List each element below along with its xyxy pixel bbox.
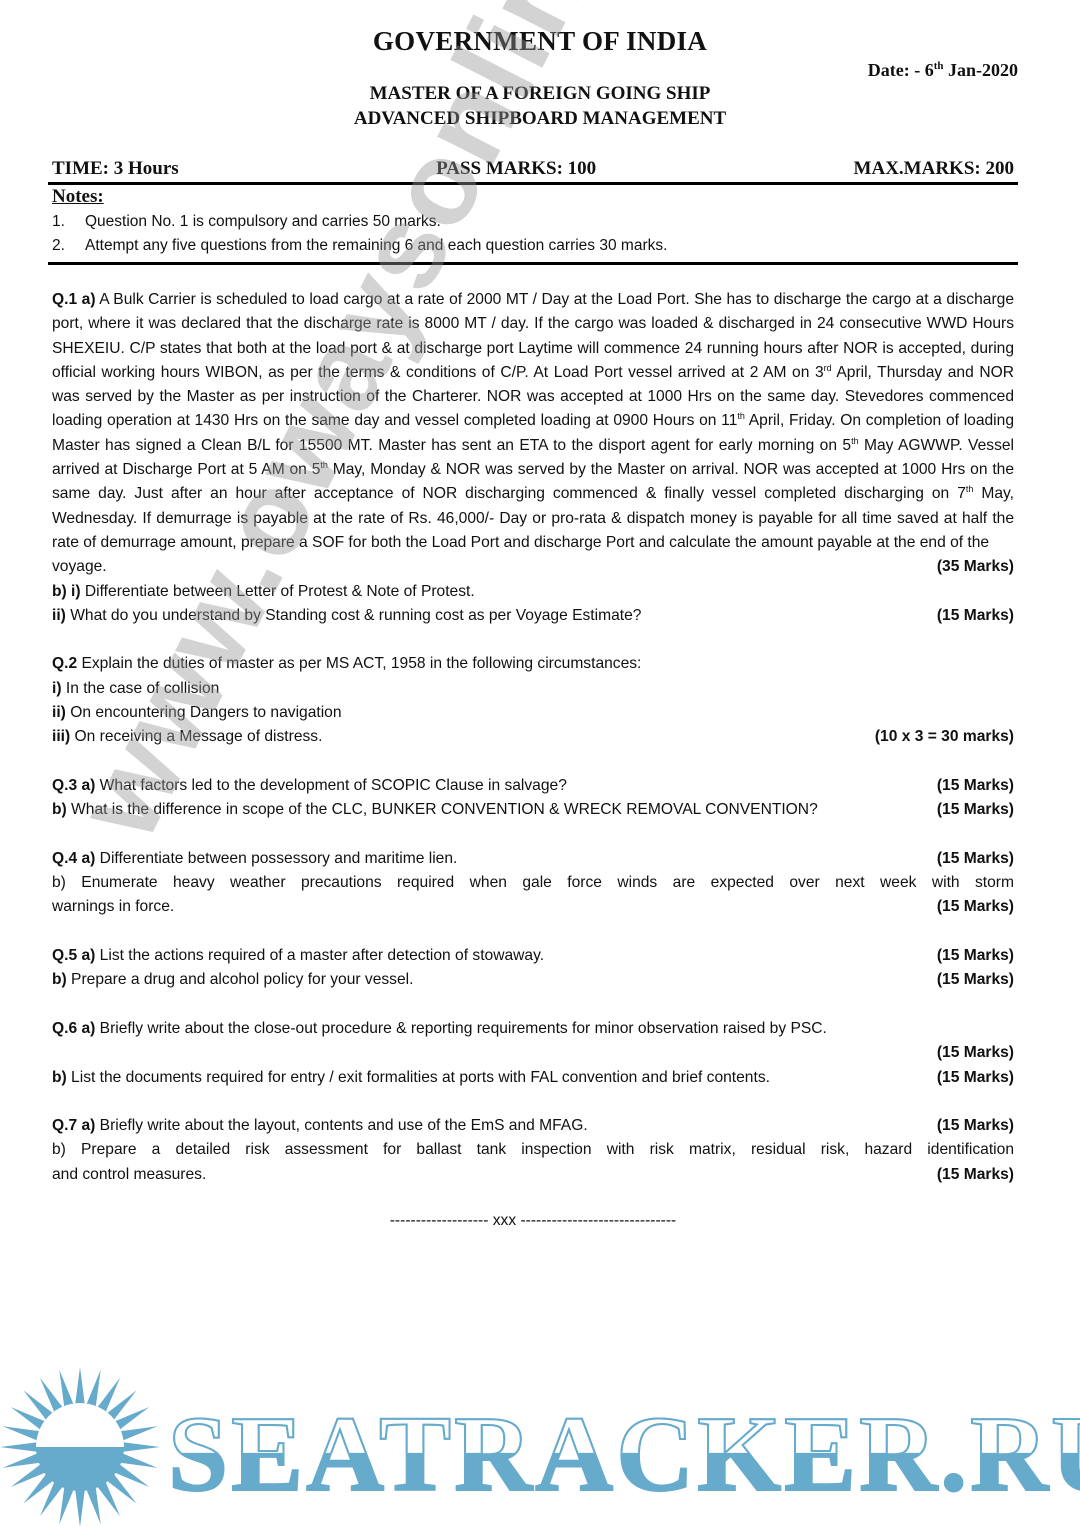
questions: Q.1 a) A Bulk Carrier is scheduled to lo… [52,288,1014,1233]
question-6b: b) List the documents required for entry… [52,1066,1014,1090]
divider [48,182,1018,185]
marks-badge: (15 Marks) [937,1163,1014,1187]
question-4a: Q.4 a) Differentiate between possessory … [52,847,1014,871]
question-1b-ii: ii) What do you understand by Standing c… [52,604,1014,628]
question-6a: Q.6 a) Briefly write about the close-out… [52,1017,1014,1041]
question-1a-end: voyage.(35 Marks) [52,555,1014,579]
question-4b-end: warnings in force.(15 Marks) [52,895,1014,919]
note-item: 2.Attempt any five questions from the re… [52,237,667,255]
question-4b: b) Enumerate heavy weather precautions r… [52,871,1014,895]
marks-badge: (15 Marks) [937,798,1014,822]
marks-badge: (15 Marks) [937,604,1014,628]
marks-badge: (15 Marks) [937,895,1014,919]
exam-paper: GOVERNMENT OF INDIA Date: - 6th Jan-2020… [0,0,1080,1527]
question-2-item: i) In the case of collision [52,677,1014,701]
question-3a: Q.3 a) What factors led to the developme… [52,774,1014,798]
question-1b-i: b) i) Differentiate between Letter of Pr… [52,580,1014,604]
document-title: GOVERNMENT OF INDIA [0,26,1080,57]
brand-banner: SEATRACKER.RU SEATRACKER.RU [0,1365,1080,1527]
question-2-item: iii) On receiving a Message of distress.… [52,725,1014,749]
question-5a: Q.5 a) List the actions required of a ma… [52,944,1014,968]
sun-logo-icon [0,1365,162,1527]
question-6a-marks: (15 Marks) [52,1041,1014,1065]
question-7b-end: and control measures.(15 Marks) [52,1163,1014,1187]
question-7a: Q.7 a) Briefly write about the layout, c… [52,1114,1014,1138]
marks-badge: (15 Marks) [937,847,1014,871]
marks-badge: (15 Marks) [937,1114,1014,1138]
exam-meta: TIME: 3 Hours PASS MARKS: 100 MAX.MARKS:… [52,158,1014,180]
marks-badge: (15 Marks) [937,1041,1014,1065]
notes-heading: Notes: [52,186,104,208]
note-item: 1.Question No. 1 is compulsory and carri… [52,213,441,231]
divider [48,262,1018,265]
question-2: Q.2 Explain the duties of master as per … [52,652,1014,676]
marks-badge: (15 Marks) [937,968,1014,992]
question-5b: b) Prepare a drug and alcohol policy for… [52,968,1014,992]
question-2-item: ii) On encountering Dangers to navigatio… [52,701,1014,725]
marks-badge: (15 Marks) [937,944,1014,968]
max-marks: MAX.MARKS: 200 [854,158,1014,180]
brand-logo-text: SEATRACKER.RU SEATRACKER.RU [168,1401,1080,1509]
time-allowed: TIME: 3 Hours [52,158,179,180]
exam-subtitle-subject: ADVANCED SHIPBOARD MANAGEMENT [0,108,1080,130]
pass-marks: PASS MARKS: 100 [436,158,596,180]
marks-badge: (10 x 3 = 30 marks) [875,725,1014,749]
question-3b: b) What is the difference in scope of th… [52,798,1014,822]
marks-badge: (15 Marks) [937,1066,1014,1090]
marks-badge: (15 Marks) [937,774,1014,798]
question-7b: b) Prepare a detailed risk assessment fo… [52,1138,1014,1162]
end-marker: ------------------- xxx ----------------… [52,1209,1014,1233]
question-1a: Q.1 a) A Bulk Carrier is scheduled to lo… [52,288,1014,555]
marks-badge: (35 Marks) [937,555,1014,579]
exam-date: Date: - 6th Jan-2020 [868,60,1018,81]
exam-subtitle-rank: MASTER OF A FOREIGN GOING SHIP [0,83,1080,105]
